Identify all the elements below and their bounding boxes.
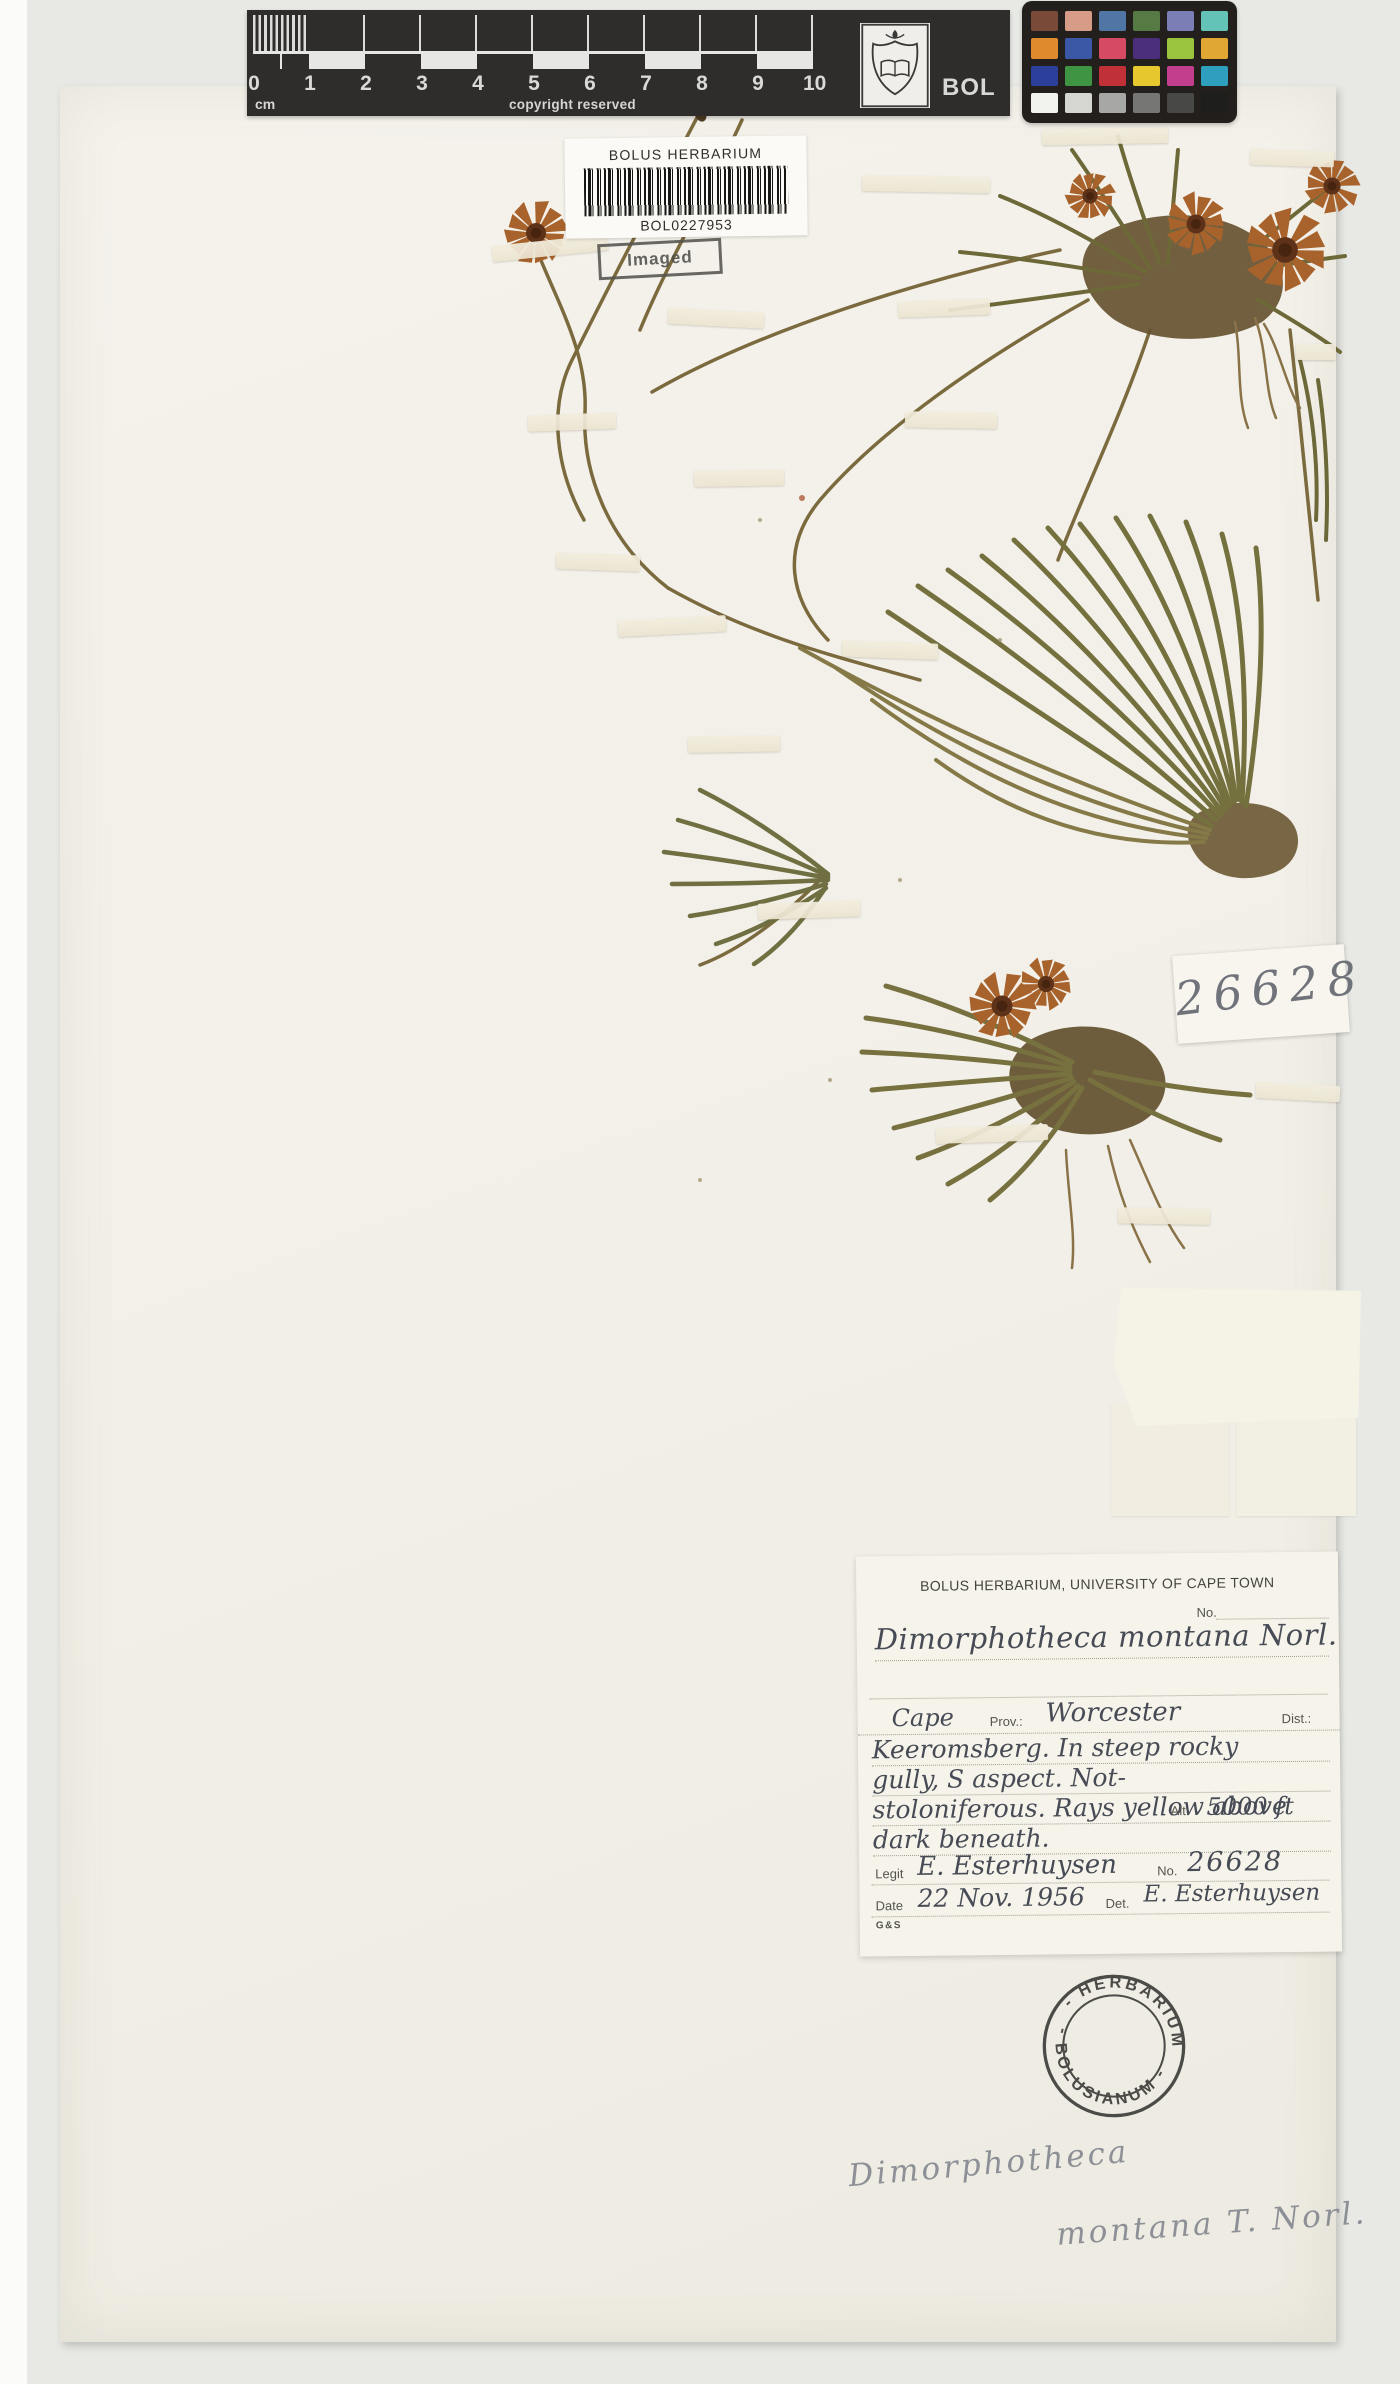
- alt-entry: 5000 ft: [1206, 1792, 1294, 1821]
- color-patch: [1065, 93, 1092, 113]
- printer-mark: G&S: [876, 1920, 902, 1931]
- tape-strip: [862, 175, 990, 193]
- uct-crest-icon: [860, 23, 930, 108]
- collector-number-entry: 26628: [1187, 1846, 1283, 1878]
- tape-strip: [528, 412, 617, 431]
- tape-strip: [1118, 1207, 1210, 1225]
- scale-bar-half-mark: [280, 54, 282, 69]
- ruler-tick-label: 1: [299, 72, 321, 96]
- det-field-label: Det.: [1105, 1896, 1129, 1911]
- number-field-label: No.: [1157, 1863, 1177, 1878]
- determiner-entry: E. Esterhuysen: [1143, 1880, 1320, 1908]
- plant-left-rosette: [664, 790, 828, 964]
- color-patch: [1031, 38, 1058, 58]
- packet-flap: [1103, 1288, 1361, 1426]
- herbarium-scan: 012345678910 cm copyright reserved BOL B…: [0, 0, 1400, 2384]
- district-field-label: Dist.:: [1282, 1711, 1312, 1726]
- color-patch: [1201, 93, 1228, 113]
- scale-bar-blocks: [253, 15, 813, 51]
- province-entry: Cape: [891, 1704, 954, 1733]
- ruler-tick-label: 8: [691, 72, 713, 96]
- color-patch: [1031, 93, 1058, 113]
- ruler-tick-label: 9: [747, 72, 769, 96]
- tape-strip: [1250, 149, 1335, 168]
- tape-strip: [694, 469, 784, 487]
- tape-strip: [842, 640, 938, 659]
- province-field-label: Prov.:: [990, 1714, 1023, 1729]
- color-patch: [1167, 93, 1194, 113]
- tape-strip: [688, 735, 780, 753]
- ruler-tick-label: 3: [411, 72, 433, 96]
- ruler-tick-label: 7: [635, 72, 657, 96]
- color-patch: [1133, 66, 1160, 86]
- no-field-label: No.: [1196, 1605, 1216, 1620]
- date-entry: 22 Nov. 1956: [917, 1882, 1085, 1913]
- barcode: [584, 166, 789, 217]
- color-patch: [1099, 11, 1126, 31]
- main-label: BOLUS HERBARIUM, UNIVERSITY OF CAPE TOWN…: [856, 1551, 1342, 1956]
- color-patch: [1065, 38, 1092, 58]
- field-number-tag: 26628: [1172, 944, 1350, 1044]
- legit-field-label: Legit: [875, 1866, 903, 1881]
- color-patch: [1133, 93, 1160, 113]
- barcode-institution: BOLUS HERBARIUM: [564, 144, 806, 163]
- plant-leaf-fan-droopers: [800, 648, 1210, 843]
- copyright-label: copyright reserved: [509, 97, 636, 112]
- scale-bar-ticks: 012345678910: [243, 72, 825, 96]
- locality-line: Keeromsberg. In steep rocky: [872, 1732, 1330, 1767]
- scale-bar-half-blocks: [253, 54, 813, 69]
- tape-strip: [898, 298, 991, 317]
- species-entry: Dimorphotheca montana Norl.: [875, 1618, 1329, 1662]
- ruler-tick-label: 10: [803, 72, 825, 96]
- color-patch: [1031, 11, 1058, 31]
- color-patch: [1201, 11, 1228, 31]
- ruler-tick-label: 5: [523, 72, 545, 96]
- label-header: BOLUS HERBARIUM, UNIVERSITY OF CAPE TOWN: [856, 1573, 1338, 1594]
- color-patch: [1201, 66, 1228, 86]
- scale-bar: 012345678910 cm copyright reserved BOL: [247, 10, 1010, 116]
- color-patch: [1167, 38, 1194, 58]
- alt-field-label: Alt.: [1171, 1803, 1190, 1818]
- color-patch: [1167, 66, 1194, 86]
- color-patch: [1099, 66, 1126, 86]
- color-patch: [1133, 11, 1160, 31]
- color-patch: [1167, 11, 1194, 31]
- color-patch: [1133, 38, 1160, 58]
- fragment-packet: [1103, 1288, 1361, 1518]
- province-row: Cape Prov.: Worcester Dist.:: [857, 1697, 1339, 1735]
- uct-crest-logo: [860, 23, 930, 108]
- collector-entry: E. Esterhuysen: [917, 1850, 1117, 1882]
- color-patch: [1201, 38, 1228, 58]
- color-patch: [1099, 93, 1126, 113]
- tape-strip: [1042, 127, 1168, 145]
- ruler-tick-label: 4: [467, 72, 489, 96]
- ruler-tick-label: 2: [355, 72, 377, 96]
- district-entry: Worcester: [1045, 1697, 1180, 1728]
- tape-strip: [556, 553, 641, 572]
- color-patch: [1031, 66, 1058, 86]
- tape-strip: [1296, 344, 1336, 360]
- color-checker: [1022, 1, 1237, 123]
- date-field-label: Date: [875, 1898, 903, 1913]
- date-row: Date 22 Nov. 1956 Det. E. Esterhuysen: [859, 1881, 1341, 1917]
- plant-debris: [698, 495, 1002, 1182]
- barcode-number: BOL0227953: [565, 215, 807, 234]
- tape-strip: [905, 411, 997, 429]
- field-number: 26628: [1172, 952, 1349, 1027]
- institution-code: BOL: [942, 74, 996, 102]
- ruler-tick-label: 6: [579, 72, 601, 96]
- color-patch: [1099, 38, 1126, 58]
- scale-bar-mm-marks: [253, 15, 309, 51]
- barcode-label: BOLUS HERBARIUM BOL0227953: [564, 135, 807, 238]
- color-patch: [1065, 11, 1092, 31]
- ruler-tick-label: 0: [243, 72, 265, 96]
- imaged-stamp: Imaged: [597, 238, 723, 280]
- color-patch: [1065, 66, 1092, 86]
- ruler-unit-label: cm: [255, 96, 275, 112]
